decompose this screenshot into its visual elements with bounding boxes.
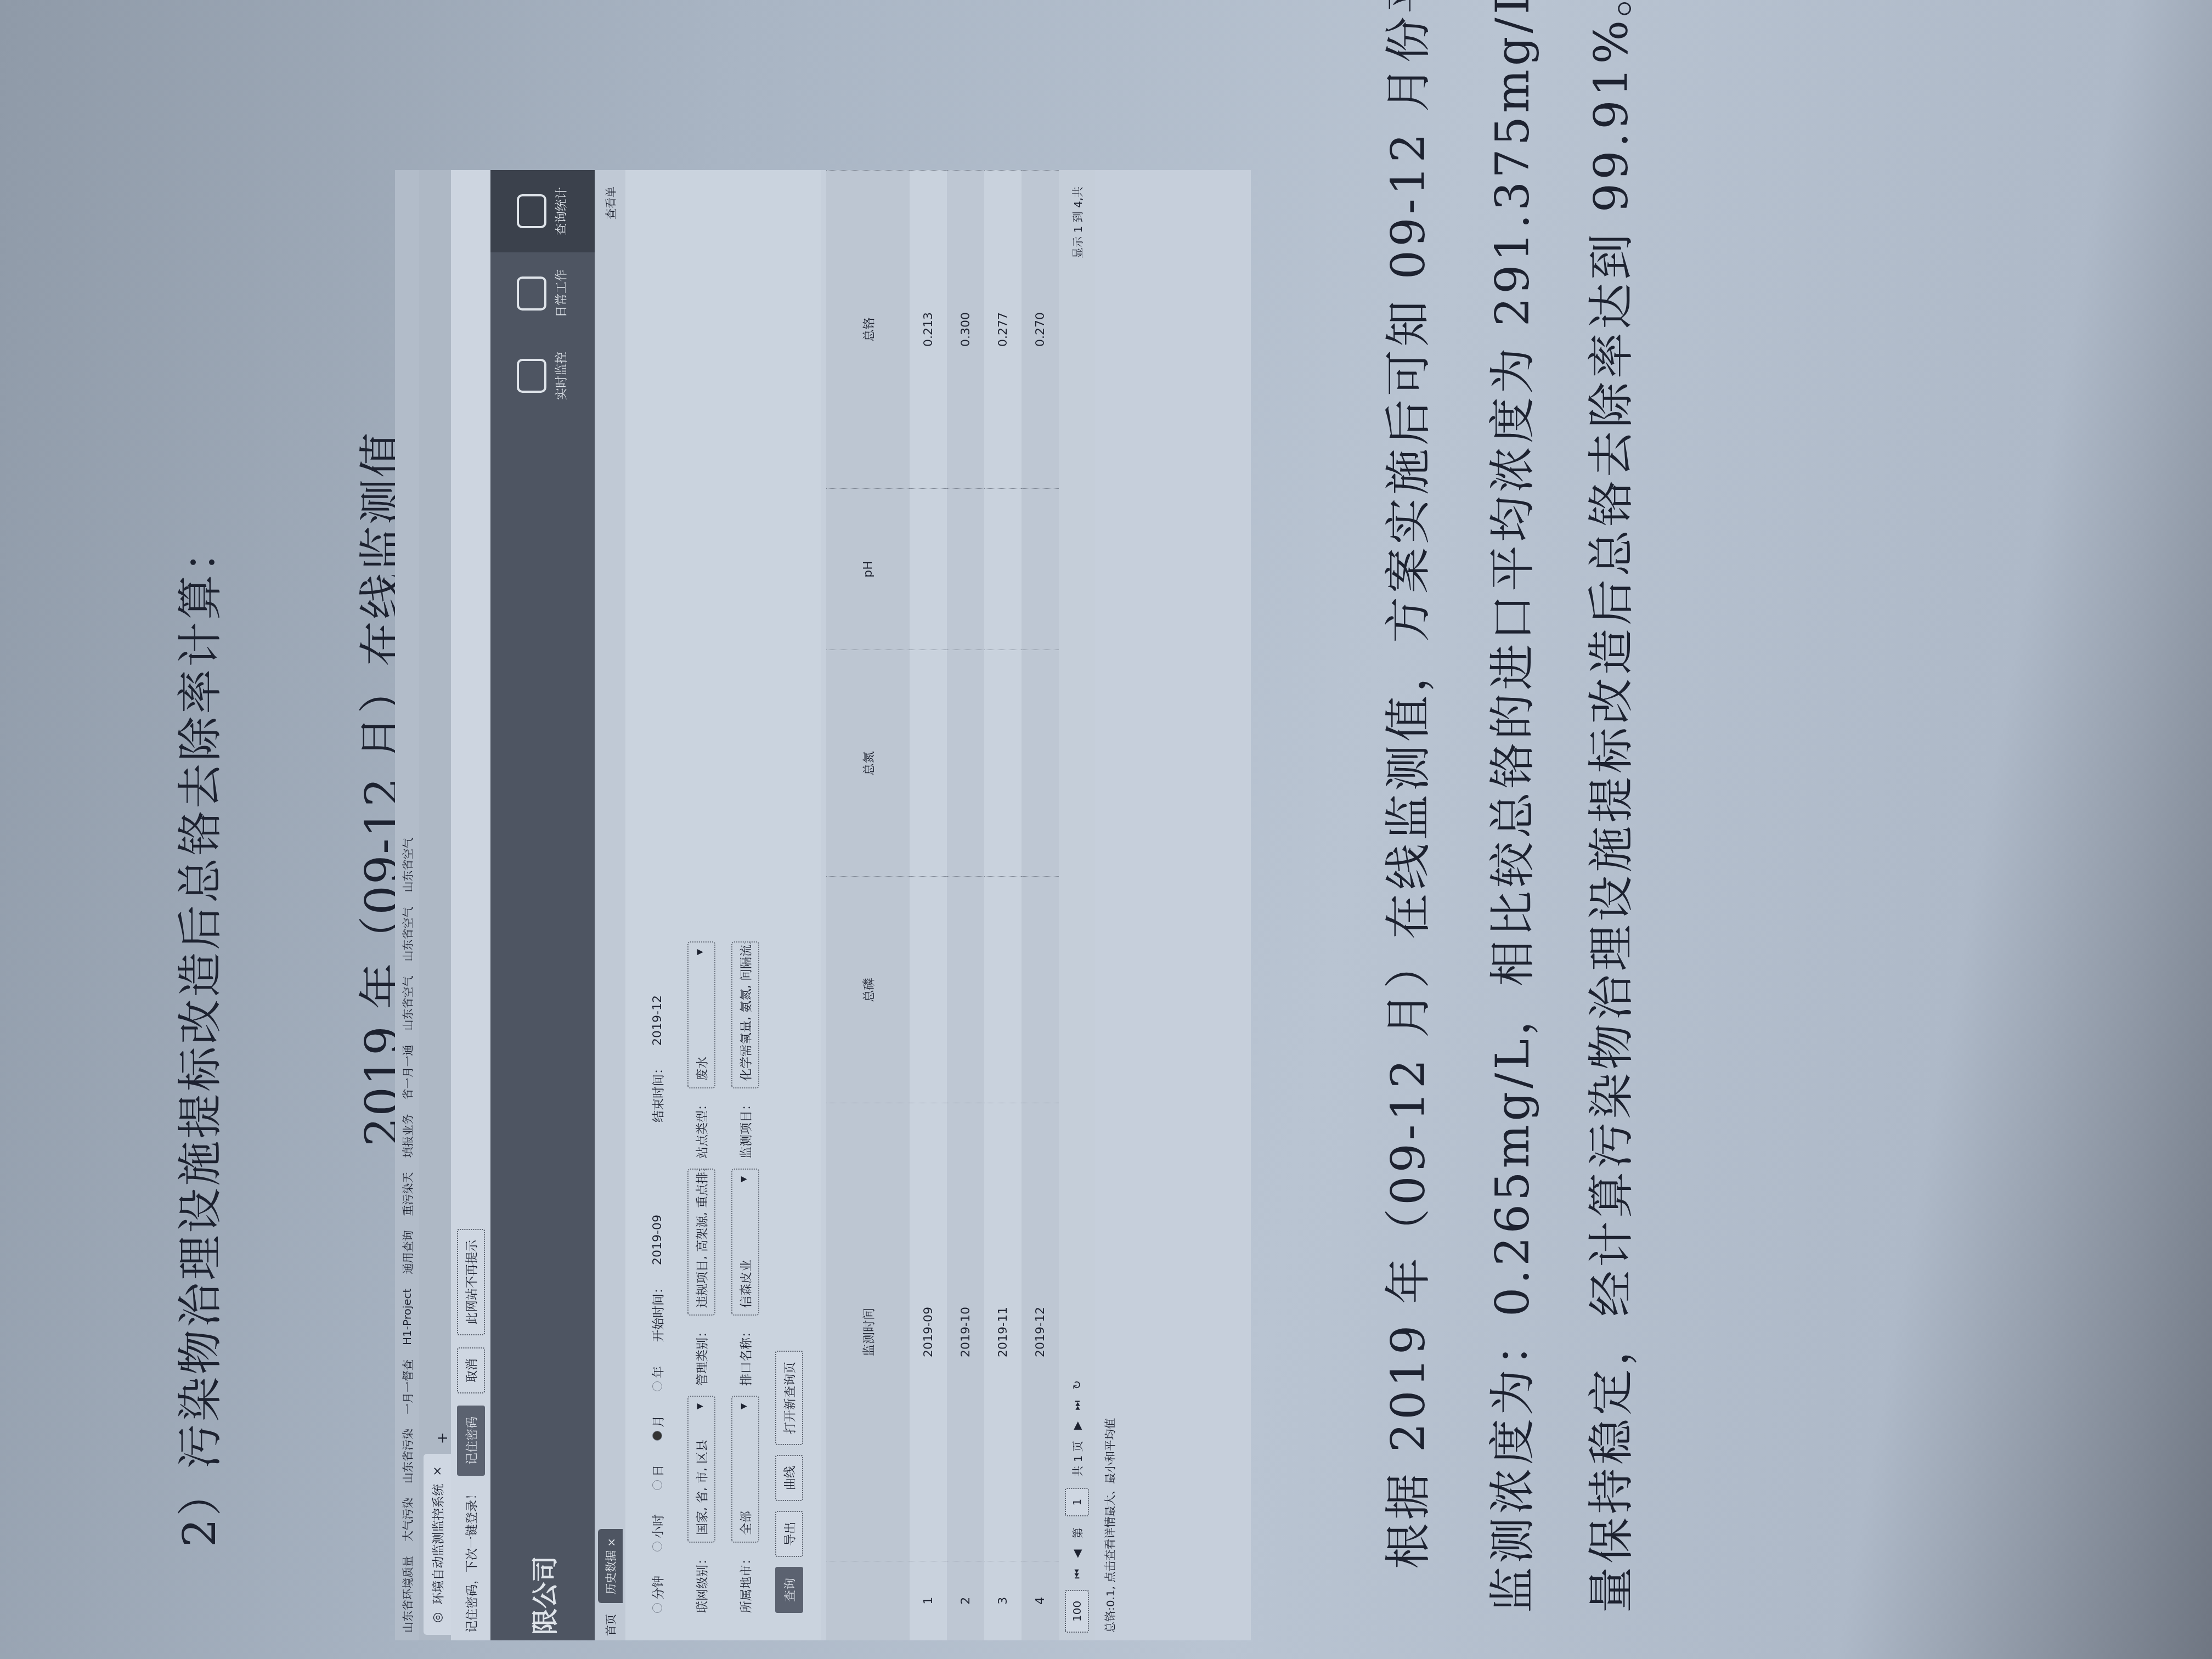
table-cell-idx: 4 <box>1022 1561 1059 1640</box>
table-cell-idx: 1 <box>910 1561 947 1640</box>
table-cell-cr: 0.300 <box>947 171 984 489</box>
password-bar: 记住密码，下次一键登录！ 记住密码 取消 此网站不再提示 <box>451 170 490 1640</box>
prev-page-icon[interactable]: ◀ <box>1070 1549 1084 1558</box>
mgmt-category-select[interactable]: 违规项目, 高架源, 重点排污▾ <box>687 1169 715 1316</box>
section-heading: 2）污染物治理设施提标改造后总铬去除率计算： <box>165 526 229 1547</box>
nav-label: 实时监控 <box>552 352 569 400</box>
table-cell-time: 2019-11 <box>984 1103 1022 1561</box>
start-time-label: 开始时间： <box>649 1282 666 1342</box>
close-tab-icon[interactable]: × <box>431 1466 444 1476</box>
browser-tab[interactable]: ◎ 环境自动监测监控系统 × <box>424 1454 451 1635</box>
bookmark[interactable]: 山东省空气 <box>399 838 415 893</box>
radio-minute[interactable]: 分钟 <box>649 1576 666 1613</box>
cancel-button[interactable]: 取消 <box>457 1347 485 1393</box>
table-cell-tp <box>910 877 947 1103</box>
close-icon[interactable]: × <box>605 1538 618 1547</box>
nav-label: 查询统计 <box>552 187 569 235</box>
table-cell-tn <box>1022 650 1059 877</box>
first-page-icon[interactable]: ⏮ <box>1070 1569 1084 1579</box>
query-button[interactable]: 查询 <box>775 1567 803 1613</box>
bookmark[interactable]: 通用查询 <box>399 1231 415 1274</box>
station-type-label: 站点类型： <box>693 1098 710 1159</box>
body-line: 根据 2019 年（09-12 月）在线监测值，方案实施后可知 09-12 月份… <box>1372 0 1438 1569</box>
table-cell-tn <box>984 650 1022 877</box>
table-cell-cr: 0.213 <box>910 171 947 489</box>
col-total-chromium[interactable]: 总铬 <box>826 171 910 489</box>
bookmark[interactable]: 山东省污染 <box>399 1429 415 1483</box>
outlet-select[interactable]: 信森皮业▾ <box>731 1169 759 1316</box>
table-cell-cr: 0.270 <box>1022 171 1059 489</box>
table-cell-tp <box>984 877 1022 1103</box>
city-label: 所属地市： <box>737 1553 754 1613</box>
radio-day[interactable]: 日 <box>649 1465 666 1490</box>
dropdown-arrow-icon: ▾ <box>737 1403 754 1409</box>
page-number-input[interactable]: 1 <box>1065 1488 1089 1517</box>
radio-year[interactable]: 年 <box>649 1366 666 1391</box>
table-cell-cr: 0.277 <box>984 171 1022 489</box>
network-level-label: 联网级别： <box>693 1553 710 1613</box>
never-prompt-button[interactable]: 此网站不再提示 <box>457 1229 485 1335</box>
radio-month[interactable]: 月 <box>649 1415 666 1441</box>
briefcase-icon <box>517 276 546 311</box>
body-line: 监测浓度为：0.265mg/L，相比较总铬的进口平均浓度为 291.375mg/… <box>1476 0 1542 1613</box>
page-prefix: 第 <box>1069 1527 1085 1538</box>
dropdown-arrow-icon: ▾ <box>737 1176 754 1182</box>
tab-home[interactable]: 首页 <box>602 1614 618 1636</box>
col-total-phosphorus[interactable]: 总磷 <box>826 877 910 1103</box>
col-monitor-time[interactable]: 监测时间 <box>826 1103 910 1561</box>
page-size-select[interactable]: 100 <box>1065 1590 1089 1633</box>
pagination: 100 ⏮ ◀ 第 1 共 1 页 ▶ ⏭ ↻ 显示 1 到 4,共 <box>1059 170 1095 1640</box>
dropdown-arrow-icon: ▾ <box>693 1403 710 1409</box>
table-cell-tp <box>947 877 984 1103</box>
bookmark[interactable]: H1-Project <box>400 1289 414 1345</box>
monitor-item-label: 监测项目： <box>737 1098 754 1159</box>
body-line: 量保持稳定，经计算污染物治理设施提标改造后总铬去除率达到 99.91%。 <box>1575 0 1641 1613</box>
chart-icon <box>517 194 546 228</box>
table-cell-tn <box>947 650 984 877</box>
view-link[interactable]: 查看单 <box>602 187 618 219</box>
radio-hour[interactable]: 小时 <box>649 1514 666 1551</box>
table-row[interactable]: 32019-110.277 <box>984 171 1022 1641</box>
tab-history-data[interactable]: 历史数据 × <box>598 1529 623 1603</box>
end-time-label: 结束时间： <box>649 1062 666 1122</box>
records-summary: 显示 1 到 4,共 <box>1069 187 1085 258</box>
tab-title: 环境自动监测监控系统 <box>429 1484 446 1605</box>
globe-icon: ◎ <box>431 1612 444 1623</box>
nav-query-statistics[interactable]: 查询统计 <box>490 170 595 252</box>
station-type-select[interactable]: 废水▾ <box>687 941 715 1088</box>
table-cell-idx: 2 <box>947 1561 984 1640</box>
database-icon <box>517 359 546 393</box>
col-ph[interactable]: pH <box>826 488 910 650</box>
col-total-nitrogen[interactable]: 总氮 <box>826 650 910 877</box>
table-cell-ph <box>984 488 1022 650</box>
curve-button[interactable]: 曲线 <box>775 1455 803 1501</box>
embedded-screenshot: 山东省环境质量 大气污染 山东省污染 一月一督查 H1-Project 通用查询… <box>395 170 1251 1640</box>
tab-label: 历史数据 <box>605 1550 618 1594</box>
bookmark[interactable]: 山东省空气 <box>399 907 415 962</box>
bookmark[interactable]: 山东省空气 <box>399 976 415 1031</box>
remember-password-button[interactable]: 记住密码 <box>457 1406 485 1476</box>
table-cell-tp <box>1022 877 1059 1103</box>
filter-panel: 分钟 小时 日 月 年 开始时间： 2019-09 结束时间： 2019-12 … <box>625 170 821 1640</box>
nav-realtime-monitor[interactable]: 实时监控 <box>490 335 595 417</box>
table-cell-ph <box>910 488 947 650</box>
table-cell-tn <box>910 650 947 877</box>
nav-daily-work[interactable]: 日常工作 <box>490 252 595 335</box>
new-tab-button[interactable]: + <box>435 1423 451 1454</box>
network-level-select[interactable]: 国家, 省, 市, 区县▾ <box>687 1396 715 1543</box>
monitor-item-select[interactable]: 化学需氧量, 氨氮, 间隔流量▾ <box>731 941 759 1088</box>
table-row[interactable]: 42019-120.270 <box>1022 171 1059 1641</box>
outlet-label: 排口名称： <box>737 1325 754 1386</box>
company-name: 限公司 <box>524 1556 562 1640</box>
next-page-icon[interactable]: ▶ <box>1070 1421 1084 1430</box>
nav-label: 日常工作 <box>552 269 569 318</box>
document-page: 2）污染物治理设施提标改造后总铬去除率计算： 2019 年（09-12 月）在线… <box>0 0 2212 1659</box>
main-nav: 实时监控 日常工作 查询统计 <box>490 170 595 417</box>
bookmark[interactable]: 大气污染 <box>399 1498 415 1542</box>
open-new-query-button[interactable]: 打开新查询页 <box>775 1351 803 1445</box>
password-bar-text: 记住密码，下次一键登录！ <box>462 1488 479 1633</box>
end-time-input[interactable]: 2019-12 <box>646 913 669 1052</box>
table-cell-ph <box>947 488 984 650</box>
table-cell-time: 2019-12 <box>1022 1103 1059 1561</box>
page-tabs: 首页 历史数据 × 查看单 <box>595 170 625 1640</box>
dropdown-arrow-icon: ▾ <box>693 949 710 955</box>
bookmark[interactable]: 一月一督查 <box>399 1359 415 1414</box>
start-time-input[interactable]: 2019-09 <box>646 1132 669 1272</box>
export-button[interactable]: 导出 <box>775 1511 803 1557</box>
bookmark[interactable]: 山东省环境质量 <box>399 1556 415 1633</box>
table-cell-time: 2019-10 <box>947 1103 984 1561</box>
bookmark[interactable]: 填报业务 <box>399 1114 415 1158</box>
browser-tabs: ◎ 环境自动监测监控系统 × + <box>419 170 451 1640</box>
city-select[interactable]: 全部▾ <box>731 1396 759 1543</box>
app-header: 限公司 实时监控 日常工作 查询统计 <box>490 170 595 1640</box>
mgmt-category-label: 管理类别： <box>693 1325 710 1386</box>
bookmark[interactable]: 省一月一通 <box>399 1045 415 1100</box>
footnote: 总铬:0.1, 点击查看详情最大、最小和平均值 <box>1095 170 1124 1640</box>
table-cell-idx: 3 <box>984 1561 1022 1640</box>
refresh-icon[interactable]: ↻ <box>1070 1380 1084 1390</box>
last-page-icon[interactable]: ⏭ <box>1070 1401 1084 1410</box>
col-index <box>826 1561 910 1640</box>
table-cell-ph <box>1022 488 1059 650</box>
page-total: 共 1 页 <box>1069 1441 1085 1476</box>
bookmarks-bar: 山东省环境质量 大气污染 山东省污染 一月一督查 H1-Project 通用查询… <box>395 170 419 1640</box>
data-table: 监测时间 总磷 总氮 pH 总铬 12019-090.21322019-100.… <box>826 170 1059 1640</box>
table-row[interactable]: 22019-100.300 <box>947 171 984 1641</box>
bookmark[interactable]: 重污染天 <box>399 1172 415 1216</box>
table-row[interactable]: 12019-090.213 <box>910 171 947 1641</box>
table-cell-time: 2019-09 <box>910 1103 947 1561</box>
